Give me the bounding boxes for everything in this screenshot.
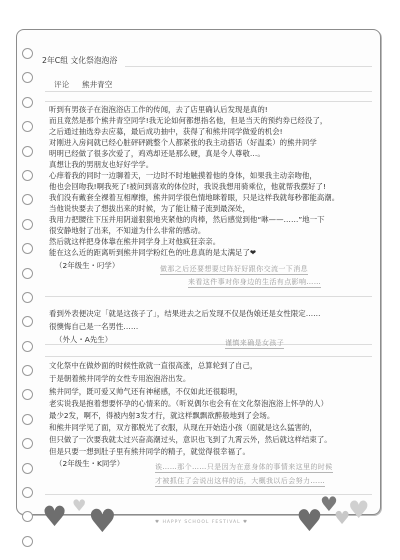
entry-line: 他也会回吻我!啊我死了!被问到喜欢的体位时，我说我想用骑乘位，他就帮我摆好了! bbox=[49, 181, 326, 192]
heart-icon: ♥ bbox=[296, 507, 323, 537]
binder-ring-icon bbox=[22, 146, 33, 157]
binder-ring-icon bbox=[22, 414, 33, 425]
heart-icon: ♥ bbox=[72, 498, 86, 514]
binder-ring-icon bbox=[22, 48, 33, 59]
entry-signature: （2年级生・K同学） bbox=[55, 458, 124, 469]
entry-line: 能在这么近的距离听到熊井同学粉红色的吐息真的是太满足了❤ bbox=[49, 247, 256, 258]
entry-line: 然后就这样把身体靠在熊井同学身上对他疯狂亲亲。 bbox=[49, 236, 220, 247]
entry-line: 于是朝着熊井同学的女性专用泡泡浴出发。 bbox=[49, 373, 190, 384]
rule-line bbox=[45, 91, 372, 92]
entry-line: 真想让我的男朋友也好好学学。 bbox=[49, 159, 153, 170]
binder-ring-icon bbox=[22, 316, 33, 327]
entry-line: 但是只要一想到肚子里有熊井同学的精子，就觉得很幸福了。 bbox=[49, 446, 250, 457]
entry-line: 很懊悔自己是一名男性…… bbox=[49, 321, 138, 332]
binder-ring-icon bbox=[22, 170, 33, 181]
binder-rings bbox=[22, 48, 36, 560]
entry-line: 看到外表便决定「就是这孩子了」，结果进去之后发现不仅是伪娘还是女性限定…… bbox=[49, 308, 321, 319]
binder-ring-icon bbox=[22, 511, 33, 522]
entry-line: 明明已经做了很多次爱了，鸡鸡却还是那么硬，真是令人尊敬…。 bbox=[49, 148, 265, 159]
entry-line: 我们没有戴套全裸着互相摩擦，熊井同学很色情地眯着眼，只是这样我就每秒都能高潮。 bbox=[49, 192, 339, 203]
entry-line: 之后通过抽选券去应募，最后成功抽中，获得了和熊井同学做爱的机会! bbox=[49, 126, 283, 137]
binder-ring-icon bbox=[22, 438, 33, 449]
handwritten-reply: 做那之后还要想要过阵好好跟你交流一下消息 bbox=[160, 264, 308, 275]
binder-ring-icon bbox=[22, 268, 33, 279]
handwritten-reply: 谨慎来确是女孩子 bbox=[225, 338, 284, 349]
entry-line: 当他说快要去了想拔出来的时候，为了能让精子流到最深处， bbox=[49, 203, 250, 214]
binder-ring-icon bbox=[22, 243, 33, 254]
heart-icon: ♥ bbox=[42, 503, 67, 531]
binder-ring-icon bbox=[22, 121, 33, 132]
rule-line bbox=[45, 101, 372, 102]
binder-ring-icon bbox=[22, 194, 33, 205]
entry-line: 但只做了一次要我就太过兴奋高潮过头，意识也飞到了九霄云外，然后就这样结束了。 bbox=[49, 434, 332, 445]
binder-ring-icon bbox=[22, 97, 33, 108]
entry-line: 我用力把腰往下压并用阴道狠狠地夹紧他的肉棒，然后感觉到他“咻——……”地一下 bbox=[49, 214, 325, 225]
binder-ring-icon bbox=[22, 341, 33, 352]
entry-line: 而且竟然是那个熊井青空同学!我无论如何都想指名他，但是当天的预约券已经没了， bbox=[49, 115, 327, 126]
entry-line: 最少2发，啊不，得被内射3发才行，就这样飘飘欲醉般地到了会场。 bbox=[49, 410, 274, 421]
heart-icon: ♥ bbox=[88, 505, 117, 537]
footer-caption: ♥ HAPPY SCHOOL FESTIVAL ♥ bbox=[155, 520, 248, 525]
entry-line: 心痒着我的同时一边聊着天，一边时不时地触摸着他的身体，如果我主动亲吻他， bbox=[49, 170, 317, 181]
handwritten-reply: 诶……那个……只是因为在意身体的事情来这里的时候 bbox=[155, 462, 333, 473]
entry-line: 熊井同学，既可爱又帅气还有神秘感，不仅如此还很聪明， bbox=[49, 386, 242, 397]
entry-signature: （2年级生・叼学） bbox=[55, 260, 119, 271]
entry-line: 对刚进入房间就已经心脏砰砰跳整个人都紧张的我主动搭话（好温柔）的熊井同学 bbox=[49, 137, 317, 148]
binder-ring-icon bbox=[22, 389, 33, 400]
entry-line: 和熊井同学见了面，双方都脱光了衣服，从现在开始造小孩（面就是这么猛害的， bbox=[49, 422, 317, 433]
entry-line: 很安静地射了出来，不知道为什么非常的感动。 bbox=[49, 225, 205, 236]
binder-ring-icon bbox=[22, 292, 33, 303]
binder-ring-icon bbox=[22, 463, 33, 474]
binder-ring-icon bbox=[22, 72, 33, 83]
binder-ring-icon bbox=[22, 536, 33, 547]
comment-label: 评论 bbox=[54, 79, 69, 90]
binder-ring-icon bbox=[22, 219, 33, 230]
heart-icon: ♥ bbox=[348, 498, 370, 522]
entry-line: 听到有男孩子在泡泡浴店工作的传闻，去了店里确认后发现是真的! bbox=[49, 104, 268, 115]
handwritten-reply: 才被抓住了会说出这样的话，大概我以后会努力…… bbox=[155, 476, 325, 487]
page-title: 2年C组 文化祭泡泡浴 bbox=[42, 55, 117, 66]
binder-ring-icon bbox=[22, 487, 33, 498]
rule-line bbox=[45, 356, 372, 357]
entry-signature: （外人・A先生） bbox=[55, 334, 112, 345]
rule-line bbox=[45, 296, 372, 297]
binder-ring-icon bbox=[22, 365, 33, 376]
entry-line: 老实说我是抱着想要怀孕的心情来的。（听说偶尔也会有在文化祭泡泡浴上怀孕的人） bbox=[49, 398, 328, 409]
entry-line: 文化祭中在做炒面的时候性欲就一直很高涨，总算轮到了自己， bbox=[49, 360, 257, 371]
rule-line bbox=[125, 66, 372, 67]
handwritten-reply: 来看这件事对你身边的生活有点影响…… bbox=[188, 277, 321, 288]
comment-author: 熊井青空 bbox=[82, 79, 112, 90]
